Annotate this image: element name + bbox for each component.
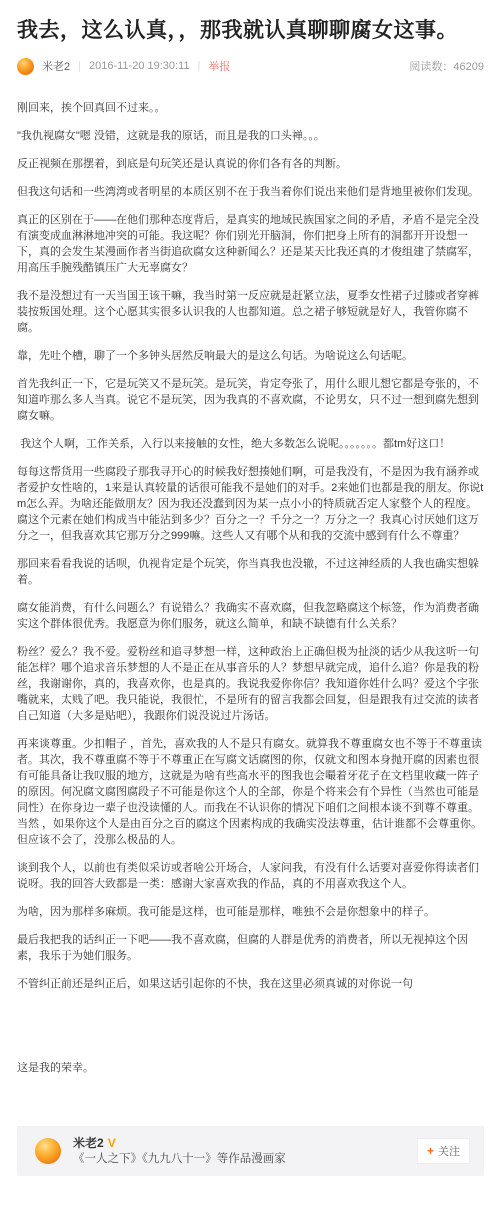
article-paragraph: 我这个人啊，工作关系，入行以来接触的女性，绝大多数怎么说呢。。。。。。。都tm好… <box>17 436 484 452</box>
article-page: 我去，这么认真，，那我就认真聊聊腐女这事。 米老2 | 2016-11-20 1… <box>0 0 500 1176</box>
article-paragraph: 首先我纠正一下，它是玩笑又不是玩笑。是玩笑，肯定夸张了，用什么眼儿想它都是夸张的… <box>17 376 484 424</box>
report-link[interactable]: 举报 <box>208 58 230 74</box>
article-paragraph: 最后我把我的话纠正一下吧——我不喜欢腐，但腐的人群是优秀的消费者，所以无视掉这个… <box>17 932 484 964</box>
article-paragraph: 谈到我个人，以前也有类似采访或者啥公开场合，人家问我，有没有什么话要对喜爱你得读… <box>17 860 484 892</box>
page-title: 我去，这么认真，，那我就认真聊聊腐女这事。 <box>17 18 484 44</box>
article-paragraph: 腐女能消费，有什么问题么？有说错么？我确实不喜欢腐，但我忽略腐这个标签，作为消费… <box>17 600 484 632</box>
follow-button[interactable]: + 关注 <box>417 1138 470 1164</box>
article-paragraph <box>17 1032 484 1048</box>
author-card-avatar[interactable] <box>35 1138 61 1164</box>
author-name[interactable]: 米老2 <box>42 58 70 74</box>
article-paragraph: 反正视频在那摆着，到底是句玩笑还是认真说的你们各有各的判断。 <box>17 156 484 172</box>
divider: | <box>78 60 81 72</box>
article-paragraph: 靠，先吐个槽，聊了一个多钟头居然反响最大的是这么句话。为啥说这么句话呢。 <box>17 348 484 364</box>
article-paragraph: 我不是没想过有一天当国王该干嘛，我当时第一反应就是赶紧立法，夏季女性裙子过膝或者… <box>17 288 484 336</box>
article-paragraph: 每每这帮货用一些腐段子那我寻开心的时候我好想揍她们啊，可是我没有，不是因为我有涵… <box>17 464 484 544</box>
article-paragraph: 刚回来，挨个回真回不过来。。 <box>17 100 484 116</box>
article-body: 刚回来，挨个回真回不过来。。"我仇视腐女"嗯 没错，这就是我的原话，而且是我的口… <box>17 100 484 1076</box>
follow-button-label: 关注 <box>438 1143 460 1159</box>
article-paragraph: 不管纠正前还是纠正后，如果这话引起你的不快，我在这里必须真诚的对你说一句 <box>17 976 484 992</box>
article-paragraph: 真正的区别在于——在他们那种态度背后，是真实的地域民族国家之间的矛盾，矛盾不是完… <box>17 212 484 276</box>
article-meta: 米老2 | 2016-11-20 19:30:11 | 举报 阅读数：46209 <box>17 57 484 75</box>
article-paragraph: 但我这句话和一些湾湾或者明星的本质区别不在于我当着你们说出来他们是背地里被你们发… <box>17 184 484 200</box>
verified-icon: V <box>108 1137 116 1149</box>
author-avatar[interactable] <box>17 58 34 75</box>
author-card: 米老2 V 《一人之下》《九九八十一》等作品漫画家 + 关注 <box>17 1126 484 1176</box>
article-paragraph: 那回来看看我说的话呗，仇视肯定是个玩笑，你当真我也没辙，不过这神经质的人我也确实… <box>17 556 484 588</box>
article-paragraph: 这是我的荣幸。 <box>17 1060 484 1076</box>
author-card-name-row: 米老2 V <box>73 1137 286 1149</box>
publish-timestamp: 2016-11-20 19:30:11 <box>89 60 190 72</box>
article-paragraph: 为啥，因为那样多麻烦。我可能是这样，也可能是那样，唯独不会是你想象中的样子。 <box>17 904 484 920</box>
article-paragraph <box>17 1004 484 1020</box>
author-card-name[interactable]: 米老2 <box>73 1137 104 1149</box>
author-card-info: 米老2 V 《一人之下》《九九八十一》等作品漫画家 <box>73 1137 286 1166</box>
author-description: 《一人之下》《九九八十一》等作品漫画家 <box>73 1154 286 1166</box>
divider: | <box>198 60 201 72</box>
article-paragraph: "我仇视腐女"嗯 没错，这就是我的原话，而且是我的口头禅。。。 <box>17 128 484 144</box>
read-count: 阅读数：46209 <box>409 58 484 74</box>
article-paragraph: 再来谈尊重。少扣帽子 ，首先，喜欢我的人不是只有腐女。就算我不尊重腐女也不等于不… <box>17 736 484 848</box>
article-paragraph: 粉丝？爱么？我不爱。爱粉丝和追寻梦想一样，这种政治上正确但极为扯淡的话少从我这听… <box>17 644 484 724</box>
plus-icon: + <box>427 1144 434 1158</box>
